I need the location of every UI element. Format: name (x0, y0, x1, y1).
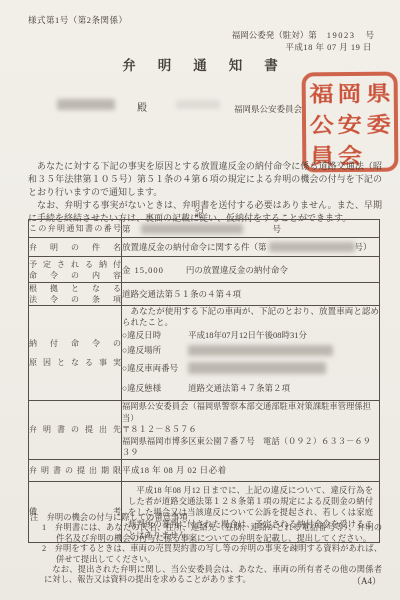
recipient-honorific: 殿 (137, 99, 147, 114)
row-label-cell: 弁明書の提出先 (29, 401, 122, 460)
redacted-notice-number (141, 224, 243, 234)
ki-marker: 記 (0, 206, 400, 220)
legal-basis-label-1: 根拠となる (29, 283, 121, 294)
row-label-cell: 弁明の件名 (29, 238, 122, 257)
facts-label-1: 納付命令の (29, 338, 121, 349)
redacted-recipient-extra (176, 100, 220, 109)
number-suffix: 号 (273, 223, 282, 235)
case-name-suffix: 号） (355, 241, 372, 253)
planned-order-label-2: 命令の内容 (29, 270, 121, 281)
table-row: 弁明の件名 放置違反金の納付命令に関する件（第 号） (29, 238, 380, 257)
legal-basis-text: 道路交通法第５１条の４第４項 (122, 289, 241, 299)
violation-mode-value: 道路交通法第４７条第２項 (188, 383, 290, 394)
violation-mode-label: ○違反態様 (122, 383, 188, 394)
amount-value: 15,000 (135, 265, 164, 275)
violation-mode-row: ○違反態様 道路交通法第４７条第２項 (122, 383, 379, 394)
notice-number-label: この弁明通知書の番号 (29, 223, 121, 234)
planned-order-label-1: 予定される納付 (29, 259, 121, 270)
row-value-cell: 道路交通法第５１条の４第４項 (122, 283, 380, 306)
row-label-cell: 根拠となる 法令の条項 (29, 283, 122, 306)
amount-description: 円の放置違反金の納付命令 (186, 264, 288, 276)
issue-number-prefix: 福岡公委発（駐対）第 (232, 30, 317, 40)
violation-datetime-label: ○違反日時 (122, 330, 188, 341)
violation-plate-row: ○違反車両番号 (122, 362, 379, 374)
scanned-document: 様式第1号（第2条関係） 福岡公委発（駐対）第19023号 平成18 年 07 … (0, 0, 400, 600)
notice-table: この弁明通知書の番号 第 号 弁明の件名 放置違反金の納付命令に関する件（第 号… (28, 219, 380, 543)
issue-number: 19023 (327, 30, 356, 40)
row-value-cell: 金 15,000 円の放置違反金の納付命令 (122, 257, 380, 283)
violation-place-label: ○違反場所 (122, 345, 188, 356)
form-style-label: 様式第1号（第2条関係） (28, 14, 128, 26)
issuer-name: 福岡県公安委員会 (234, 103, 302, 115)
seal-char: 安 (334, 109, 366, 139)
issue-number-suffix: 号 (365, 30, 374, 40)
row-label-cell: 弁明書の提出期限 (29, 459, 122, 481)
deadline-value: 平成18 年 08 月 02 日必着 (122, 465, 227, 475)
footnotes: 注 弁明の機会の付与に際しての留意事項 1 弁明書には、あなたの氏名、住所、連絡… (30, 513, 382, 586)
row-value-cell: 放置違反金の納付命令に関する件（第 号） (122, 238, 380, 257)
row-value-cell: あなたが使用する下記の車両が、下記のとおり、放置車両と認められたこと。 ○違反日… (122, 306, 380, 401)
table-row: 予定される納付 命令の内容 金 15,000 円の放置違反金の納付命令 (29, 257, 380, 283)
document-title: 弁明通知書 (0, 54, 400, 74)
row-value-cell: 平成18 年 08 月 02 日必着 (122, 459, 380, 481)
redacted-violation-plate (188, 362, 326, 374)
row-label-cell: この弁明通知書の番号 (29, 220, 122, 238)
seal-char: 県 (362, 78, 394, 108)
table-row: 弁明書の提出先 福岡県公安委員会（福岡県警察本部交通部駐車対策課駐車管理係担当）… (29, 401, 380, 460)
table-row: 根拠となる 法令の条項 道路交通法第５１条の４第４項 (29, 283, 380, 306)
table-row: この弁明通知書の番号 第 号 (29, 220, 380, 238)
violation-datetime-value: 平成18年07月12日午後08時31分 (188, 330, 307, 341)
redacted-violation-place (188, 345, 333, 356)
case-name-text: 放置違反金の納付命令に関する件（第 (122, 241, 267, 253)
issue-number-line: 福岡公委発（駐対）第19023号 (232, 29, 374, 41)
amount-prefix: 金 (122, 264, 131, 276)
violation-place-row: ○違反場所 (122, 345, 379, 356)
row-label-cell: 納付命令の 原因となる事実 (29, 306, 122, 401)
seal-char: 岡 (334, 78, 366, 108)
submission-address-line3: 福岡県福岡市博多区東公園７番７号 電話（０９２）６３３－６９３９ (122, 436, 379, 459)
seal-char: 公 (306, 109, 338, 139)
row-label-cell: 予定される納付 命令の内容 (29, 257, 122, 283)
submission-address-line1: 福岡県公安委員会（福岡県警察本部交通部駐車対策課駐車管理係担当） (122, 401, 379, 424)
intro-paragraph-1: あなたに対する下記の事実を原因とする放置違反金の納付命令に係る道路交通法（昭和３… (28, 160, 382, 199)
deadline-label: 弁明書の提出期限 (29, 465, 121, 476)
table-row: 弁明書の提出期限 平成18 年 08 月 02 日必着 (29, 459, 380, 481)
paper-size-label: （A4） (352, 574, 381, 587)
submission-address-label: 弁明書の提出先 (29, 424, 121, 435)
legal-basis-label-2: 法令の条項 (29, 294, 121, 305)
footnote-item-2: 2 弁明をするときは、車両の売買契約書の写し等の弁明の事実を疎明する資料があれば… (30, 544, 382, 565)
violation-datetime-row: ○違反日時 平成18年07月12日午後08時31分 (122, 330, 379, 341)
row-value-cell: 第 号 (122, 220, 380, 238)
footnote-item-1: 1 弁明書には、あなたの氏名、住所、連絡先（昼間、連絡がとれる電話番号等）、弁明… (30, 523, 382, 544)
case-name-label: 弁明の件名 (29, 242, 121, 253)
facts-label-2: 原因となる事実 (29, 357, 121, 368)
table-row: 納付命令の 原因となる事実 あなたが使用する下記の車両が、下記のとおり、放置車両… (29, 306, 380, 401)
redacted-recipient-name (57, 99, 115, 110)
submission-postal-code: 〒８１２－８５７６ (122, 424, 379, 436)
violation-plate-label: ○違反車両番号 (122, 363, 188, 374)
row-value-cell: 福岡県公安委員会（福岡県警察本部交通部駐車対策課駐車管理係担当） 〒８１２－８５… (122, 401, 380, 460)
facts-intro: あなたが使用する下記の車両が、下記のとおり、放置車両と認められたこと。 (122, 306, 379, 328)
official-red-seal: 福 岡 県 公 安 委 員 会 (302, 72, 399, 173)
seal-char: 委 (362, 109, 394, 139)
issue-date: 平成18 年 07 月 19 日 (285, 41, 372, 53)
number-prefix: 第 (122, 223, 131, 235)
footnote-heading: 注 弁明の機会の付与に際しての留意事項 (30, 513, 382, 523)
redacted-case-number (269, 242, 355, 252)
seal-char: 福 (306, 78, 338, 108)
footnote-item-2-note: なお、提出された弁明に関し、当公安委員会は、あなた、車両の所有者その他の関係者に… (30, 565, 382, 586)
